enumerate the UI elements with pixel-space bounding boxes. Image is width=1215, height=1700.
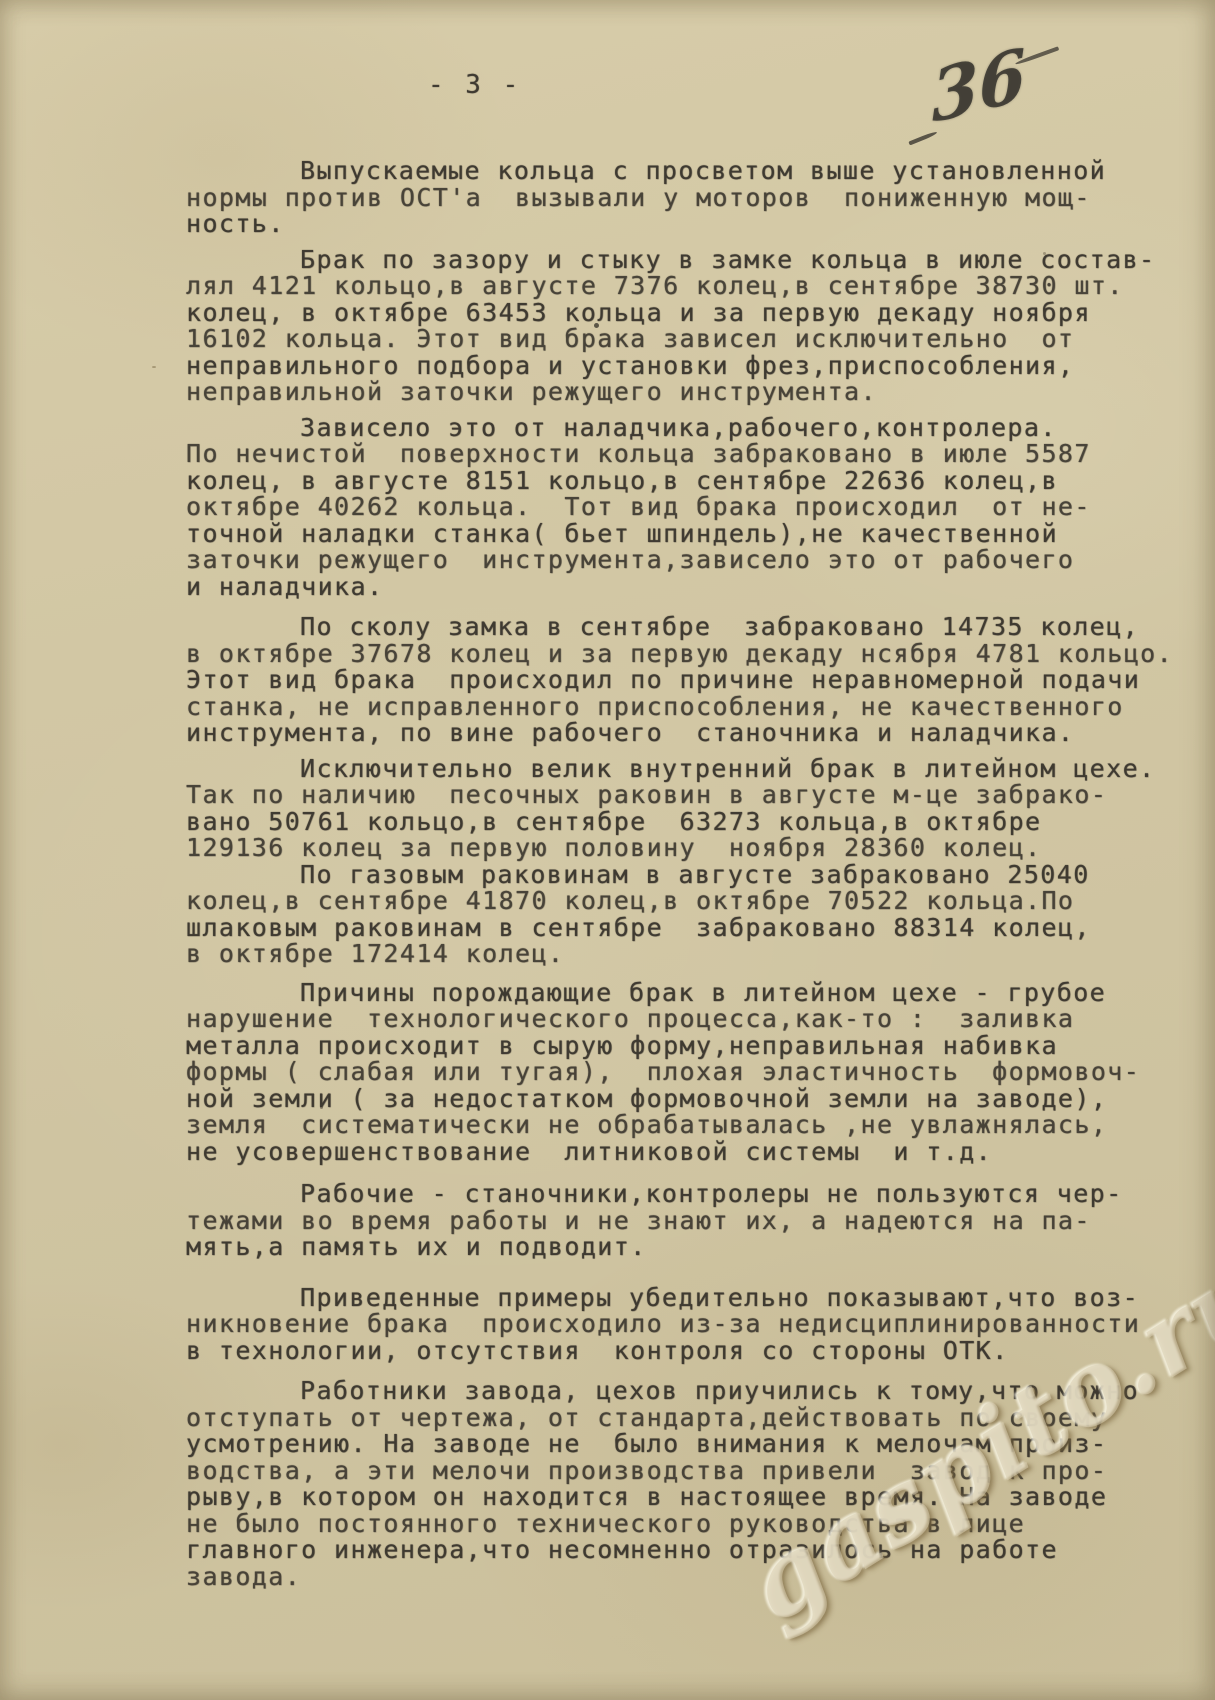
text-line: завода. xyxy=(186,1564,1198,1591)
text-line: ной земли ( за недостатком формовочной з… xyxy=(186,1086,1198,1113)
text-line: точной наладки станка( бьет шпиндель),не… xyxy=(186,521,1198,548)
text-line: инструмента, по вине рабочего станочника… xyxy=(186,720,1198,747)
text-line: октябре 40262 кольца. Тот вид брака прои… xyxy=(186,494,1198,521)
paragraph: Рабочие - станочники,контролеры не польз… xyxy=(186,1181,1198,1261)
paragraph: Исключительно велик внутренний брак в ли… xyxy=(186,756,1198,862)
text-line: Брак по зазору и стыку в замке кольца в … xyxy=(186,247,1198,274)
text-line: По газовым раковинам в августе забракова… xyxy=(186,862,1198,889)
text-line: в октябре 172414 колец. xyxy=(186,941,1198,968)
handwritten-annotation: 36 xyxy=(896,36,1076,156)
text-line: Зависело это от наладчика,рабочего,контр… xyxy=(186,415,1198,442)
text-line: неправильного подбора и установки фрез,п… xyxy=(186,353,1198,380)
text-line: неправильной заточки режущего инструмент… xyxy=(186,379,1198,406)
text-line: Работники завода, цехов приучились к том… xyxy=(186,1378,1198,1405)
text-line: мять,а память их и подводит. xyxy=(186,1234,1198,1261)
text-line: Выпускаемые кольца с просветом выше уста… xyxy=(186,158,1198,185)
text-line: в технологии, отсутствия контроля со сто… xyxy=(186,1338,1198,1365)
text-line: усмотрению. На заводе не было внимания к… xyxy=(186,1431,1198,1458)
paragraph: Причины порождающие брак в литейном цехе… xyxy=(186,980,1198,1166)
text-line: не усовершенствование литниковой системы… xyxy=(186,1139,1198,1166)
text-line: вано 50761 кольцо,в сентябре 63273 кольц… xyxy=(186,809,1198,836)
text-line: не было постоянного технического руковод… xyxy=(186,1511,1198,1538)
text-line: 16102 кольца. Этот вид брака зависел иск… xyxy=(186,326,1198,353)
text-line: главного инженера,что несомненно отразил… xyxy=(186,1537,1198,1564)
document-body: Выпускаемые кольца с просветом выше уста… xyxy=(186,158,1198,1599)
text-line: нормы против ОСТ'а вызывали у моторов по… xyxy=(186,185,1198,212)
text-line: земля систематически не обрабатывалась ,… xyxy=(186,1112,1198,1139)
paragraph: Брак по зазору и стыку в замке кольца в … xyxy=(186,247,1198,406)
paragraph: Работники завода, цехов приучились к том… xyxy=(186,1378,1198,1590)
paragraph: По газовым раковинам в августе забракова… xyxy=(186,862,1198,968)
paragraph: Выпускаемые кольца с просветом выше уста… xyxy=(186,158,1198,238)
handwritten-page-number: 36 xyxy=(930,31,1027,139)
text-line: металла происходит в сырую форму,неправи… xyxy=(186,1033,1198,1060)
text-line: и наладчика. xyxy=(186,574,1198,601)
text-line: формы ( слабая или тугая), плохая эласти… xyxy=(186,1059,1198,1086)
text-line: Рабочие - станочники,контролеры не польз… xyxy=(186,1181,1198,1208)
text-line: тежами во время работы и не знают их, а … xyxy=(186,1208,1198,1235)
paragraph: Приведенные примеры убедительно показыва… xyxy=(186,1285,1198,1365)
scanned-document-page: - 3 - 36 Выпускаемые кольца с просветом … xyxy=(0,0,1215,1700)
text-line: ность. xyxy=(186,211,1198,238)
paragraph: По сколу замка в сентябре забраковано 14… xyxy=(186,614,1198,747)
text-line: Причины порождающие брак в литейном цехе… xyxy=(186,980,1198,1007)
text-line: шлаковым раковинам в сентябре забракован… xyxy=(186,915,1198,942)
text-line: 129136 колец за первую половину ноября 2… xyxy=(186,835,1198,862)
text-line: Исключительно велик внутренний брак в ли… xyxy=(186,756,1198,783)
text-line: лял 4121 кольцо,в августе 7376 колец,в с… xyxy=(186,273,1198,300)
text-line: Так по наличию песочных раковин в август… xyxy=(186,782,1198,809)
text-line: нарушение технологического процесса,как-… xyxy=(186,1006,1198,1033)
text-line: в октябре 37678 колец и за первую декаду… xyxy=(186,641,1198,668)
paragraph: Зависело это от наладчика,рабочего,контр… xyxy=(186,415,1198,601)
text-line: никновение брака происходило из-за недис… xyxy=(186,1311,1198,1338)
page-number: - 3 - xyxy=(428,70,521,100)
paper-fiber xyxy=(152,366,156,368)
text-line: станка, не исправленного приспособления,… xyxy=(186,694,1198,721)
text-line: водства, а эти мелочи производства приве… xyxy=(186,1458,1198,1485)
text-line: рыву,в котором он находится в настоящее … xyxy=(186,1484,1198,1511)
text-line: Этот вид брака происходил по причине нер… xyxy=(186,667,1198,694)
text-line: колец,в сентябре 41870 колец,в октябре 7… xyxy=(186,888,1198,915)
text-line: колец, в октябре 63453 кольца и за перву… xyxy=(186,300,1198,327)
text-line: По нечистой поверхности кольца забракова… xyxy=(186,441,1198,468)
text-line: По сколу замка в сентябре забраковано 14… xyxy=(186,614,1198,641)
text-line: Приведенные примеры убедительно показыва… xyxy=(186,1285,1198,1312)
text-line: отступать от чертежа, от стандарта,дейст… xyxy=(186,1405,1198,1432)
text-line: заточки режущего инструмента,зависело эт… xyxy=(186,547,1198,574)
text-line: колец, в августе 8151 кольцо,в сентябре … xyxy=(186,468,1198,495)
